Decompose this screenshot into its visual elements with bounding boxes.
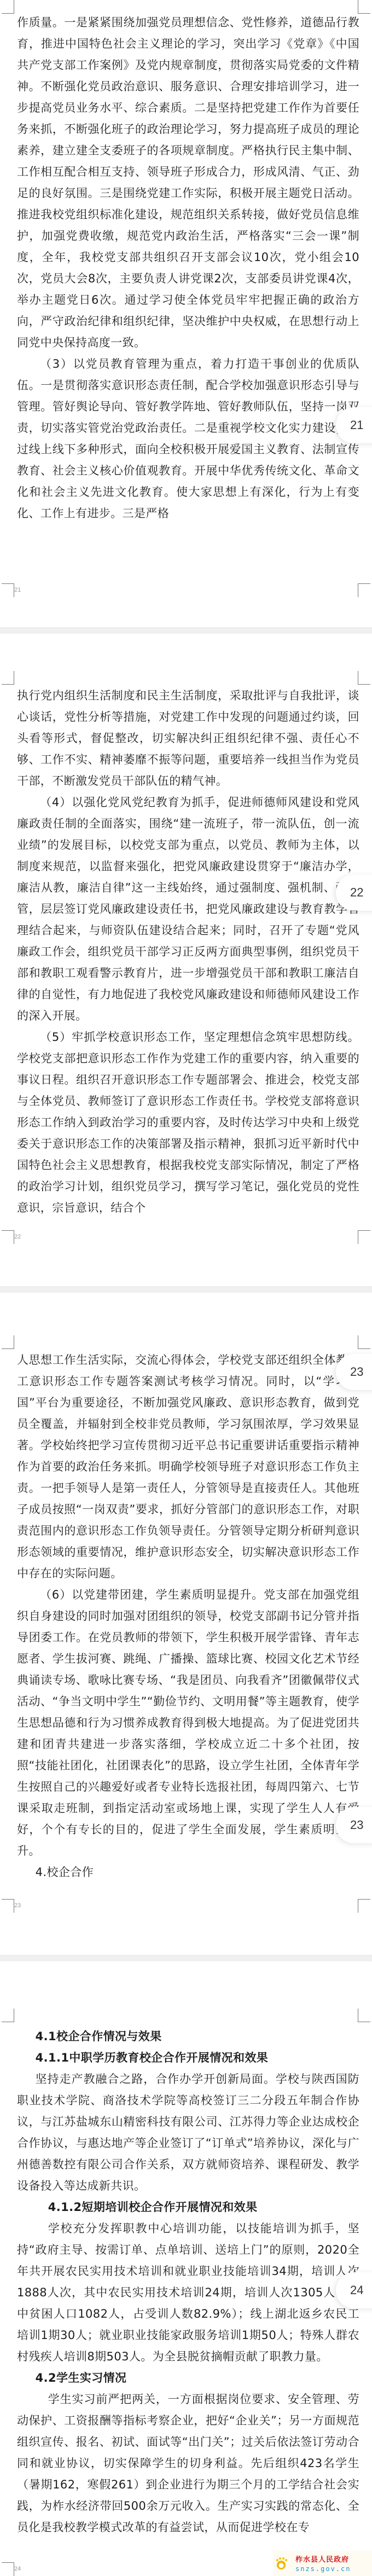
page-number-badge[interactable]: 24: [336, 2272, 372, 2308]
page-separator: [0, 627, 372, 634]
paragraph: （4）以强化党风党纪教育为抓手，促进师德师风建设和党风廉政责任制的全面落实，围绕…: [17, 792, 359, 1027]
crop-mark-bottom-left: [2, 1899, 14, 1913]
crop-mark-bottom-right: [358, 1230, 370, 1244]
paragraph: 学生实习前严把两关，一方面根据岗位要求、安全管理、劳动保护、工资报酬等指标考察企…: [17, 2389, 359, 2538]
watermark-title: 柞水县人民政府: [295, 2554, 351, 2564]
watermark-url: snzs.gov.cn: [295, 2565, 351, 2573]
section-title: 4.校企合作: [17, 1862, 359, 1883]
sun-logo-icon: [276, 2557, 288, 2569]
document-page-23: 人思想工作生活实际，交流心得体会，学校党支部还组织全体教职工意识形态工作专题答案…: [0, 1293, 372, 1949]
document-page-22: 执行党内组织生活制度和民主生活制度，采取批评与自我批评，谈心谈话，党性分析等措施…: [0, 634, 372, 1285]
page-number-badge[interactable]: 23: [336, 1354, 372, 1390]
crop-mark-bottom-left: [2, 2562, 14, 2576]
heading-4-1: 4.1校企合作情况与效果: [17, 2026, 359, 2047]
crop-mark-top-left: [2, 0, 14, 14]
heading-4-1-1: 4.1.1中职学历教育校企合作开展情况和效果: [17, 2047, 359, 2069]
page-23-body: 人思想工作生活实际，交流心得体会，学校党支部还组织全体教职工意识形态工作专题答案…: [17, 1350, 359, 1883]
page-footer-number: 21: [14, 587, 21, 593]
page-separator: [0, 1955, 372, 1961]
paragraph: （5）牢抓学校意识形态工作，坚定理想信念筑牢思想防线。 学校党支部把意识形态工作…: [17, 1027, 359, 1219]
crop-mark-top-right: [358, 2008, 370, 2022]
page-footer-number: 23: [14, 1902, 21, 1909]
crop-mark-top-left: [2, 1335, 14, 1349]
heading-4-1-2: 4.1.2短期培训校企合作开展情况和效果: [17, 2197, 359, 2218]
crop-mark-top-left: [2, 2008, 14, 2022]
crop-mark-top-left: [2, 671, 14, 685]
paragraph: （3）以党员教育管理为重点，着力打造干事创业的优质队伍。一是贯彻落实意识形态责任…: [17, 354, 359, 524]
crop-mark-bottom-right: [358, 583, 370, 597]
page-number-badge[interactable]: 23: [336, 1807, 372, 1843]
crop-mark-bottom-left: [2, 1230, 14, 1244]
paragraph: 执行党内组织生活制度和民主生活制度，采取批评与自我批评，谈心谈话，党性分析等措施…: [17, 685, 359, 792]
crop-mark-bottom-left: [2, 583, 14, 597]
page-21-body: 作质量。一是紧紧围绕加强党员理想信念、党性修养，道德品行教育，推进中国特色社会主…: [17, 12, 359, 524]
page-footer-number: 22: [14, 1234, 21, 1240]
site-watermark: 柞水县人民政府 snzs.gov.cn: [274, 2550, 372, 2576]
document-page-21: 作质量。一是紧紧围绕加强党员理想信念、党性修养，道德品行教育，推进中国特色社会主…: [0, 0, 372, 624]
page-24-body: 4.1校企合作情况与效果 4.1.1中职学历教育校企合作开展情况和效果 坚持走产…: [17, 2026, 359, 2538]
page-footer-number: 24: [14, 2566, 21, 2572]
heading-4-2: 4.2学生实习情况: [17, 2367, 359, 2389]
paragraph: 人思想工作生活实际，交流心得体会，学校党支部还组织全体教职工意识形态工作专题答案…: [17, 1350, 359, 1584]
page-number-badge[interactable]: 22: [336, 875, 372, 911]
page-22-body: 执行党内组织生活制度和民主生活制度，采取批评与自我批评，谈心谈话，党性分析等措施…: [17, 685, 359, 1219]
crop-mark-bottom-right: [358, 1899, 370, 1913]
document-page-24: 4.1校企合作情况与效果 4.1.1中职学历教育校企合作开展情况和效果 坚持走产…: [0, 1961, 372, 2576]
paragraph: 学校充分发挥职教中心培训功能，以技能培训为抓手，坚持“政府主导、按需订单、点单培…: [17, 2218, 359, 2367]
paragraph: 坚持走产教融合之路，合作办学开创新局面。学校与陕西国防职业技术学院、商洛技术学院…: [17, 2069, 359, 2197]
page-number-badge[interactable]: 21: [336, 407, 372, 443]
page-separator: [0, 1286, 372, 1293]
crop-mark-top-right: [358, 0, 370, 14]
paragraph: 作质量。一是紧紧围绕加强党员理想信念、党性修养，道德品行教育，推进中国特色社会主…: [17, 12, 359, 354]
paragraph: （6）以党建带团建，学生素质明显提升。党支部在加强党组织自身建设的同时加强对团组…: [17, 1584, 359, 1862]
crop-mark-top-right: [358, 671, 370, 685]
crop-mark-top-right: [358, 1335, 370, 1349]
